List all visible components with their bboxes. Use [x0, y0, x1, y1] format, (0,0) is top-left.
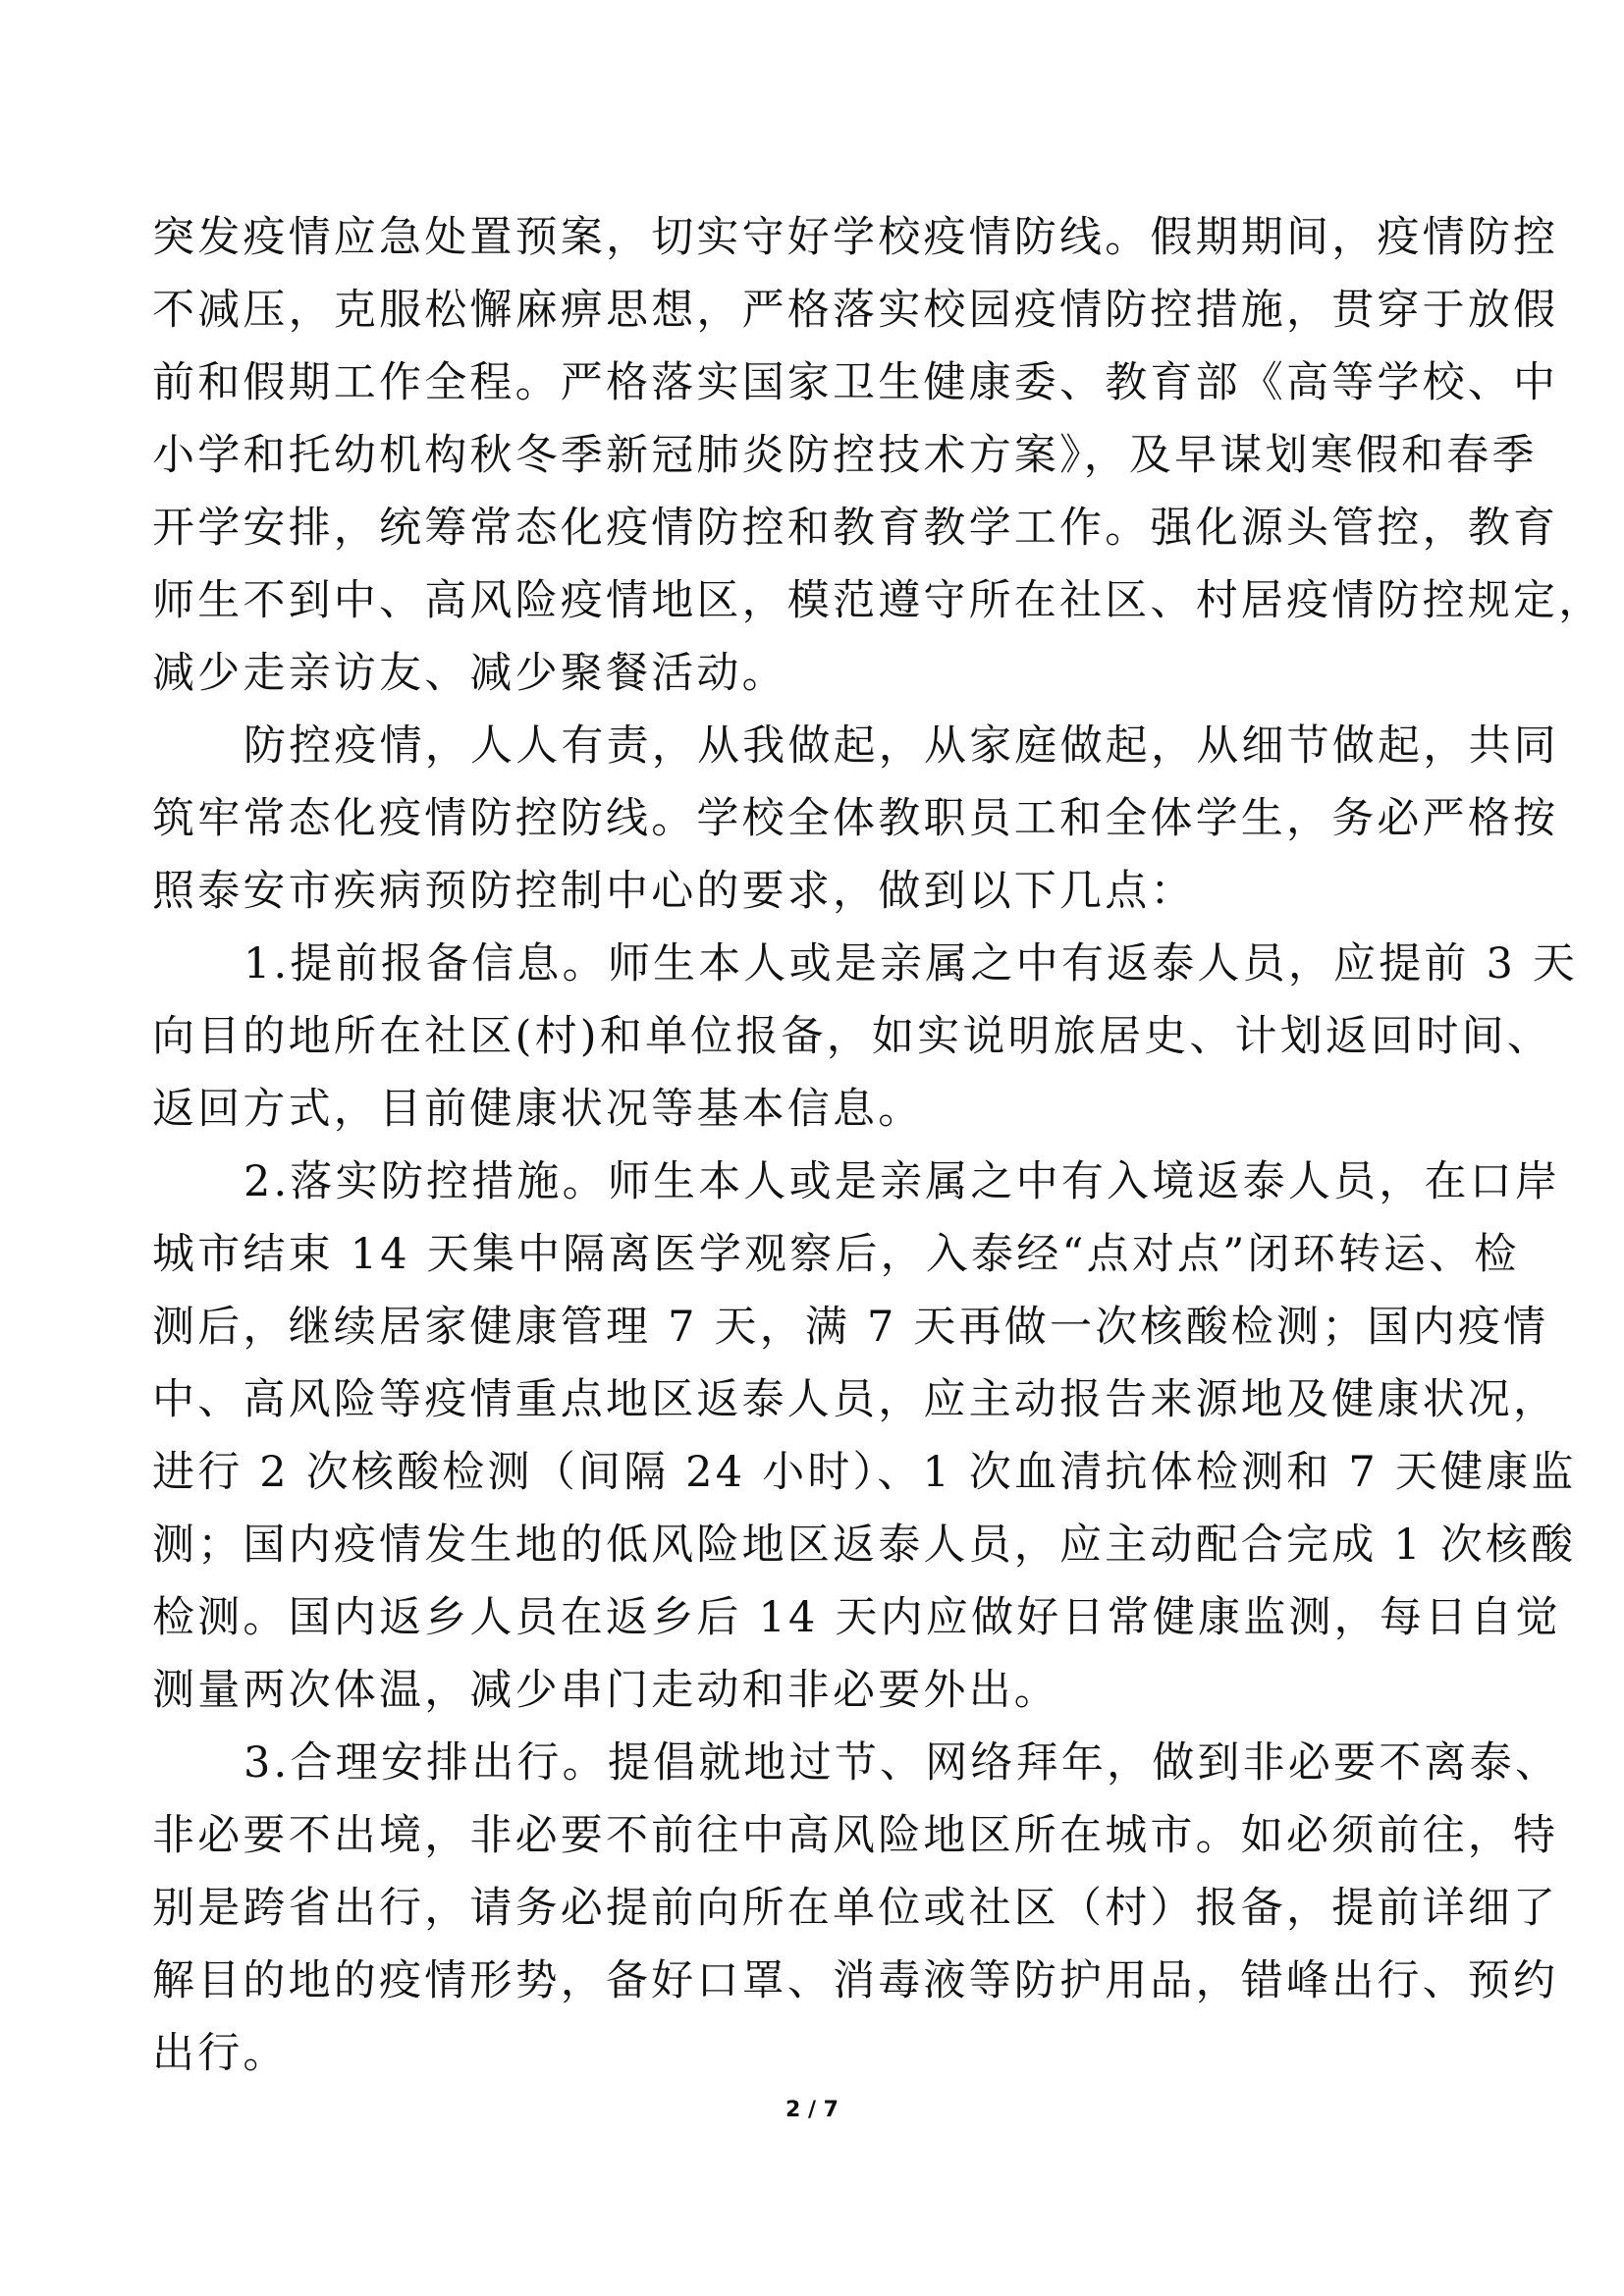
text-line: 解目的地的疫情形势，备好口罩、消毒液等防护用品，错峰出行、预约	[152, 1953, 1476, 2026]
text-line: 师生不到中、高风险疫情地区，模范遵守所在社区、村居疫情防控规定，	[152, 573, 1476, 646]
text-line: 3.合理安排出行。提倡就地过节、网络拜年，做到非必要不离泰、	[152, 1735, 1476, 1808]
text-line: 1.提前报备信息。师生本人或是亲属之中有返泰人员，应提前 3 天	[152, 936, 1476, 1009]
text-line: 检测。国内返乡人员在返乡后 14 天内应做好日常健康监测，每日自觉	[152, 1590, 1476, 1663]
text-line: 小学和托幼机构秋冬季新冠肺炎防控技术方案》，及早谋划寒假和春季	[152, 428, 1476, 501]
paragraph-intro: 防控疫情，人人有责，从我做起，从家庭做起，从细节做起，共同 筑牢常态化疫情防控防…	[152, 719, 1478, 936]
text-line: 2.落实防控措施。师生本人或是亲属之中有入境返泰人员，在口岸	[152, 1154, 1476, 1227]
text-line: 城市结束 14 天集中隔离医学观察后，入泰经“点对点”闭环转运、检	[152, 1227, 1476, 1300]
text-line: 开学安排，统筹常态化疫情防控和教育教学工作。强化源头管控，教育	[152, 501, 1476, 573]
document-page: 突发疫情应急处置预案，切实守好学校疫情防线。假期期间，疫情防控 不减压，克服松懈…	[0, 0, 1624, 2296]
text-line: 前和假期工作全程。严格落实国家卫生健康委、教育部《高等学校、中	[152, 355, 1476, 428]
text-line: 别是跨省出行，请务必提前向所在单位或社区（村）报备，提前详细了	[152, 1881, 1476, 1953]
text-line: 出行。	[152, 2026, 1476, 2099]
text-line: 照泰安市疾病预防控制中心的要求，做到以下几点：	[152, 864, 1476, 936]
text-line: 非必要不出境，非必要不前往中高风险地区所在城市。如必须前往，特	[152, 1808, 1476, 1881]
text-line: 减少走亲访友、减少聚餐活动。	[152, 646, 1476, 719]
text-line: 中、高风险等疫情重点地区返泰人员，应主动报告来源地及健康状况，	[152, 1372, 1476, 1445]
text-line: 突发疫情应急处置预案，切实守好学校疫情防线。假期期间，疫情防控	[152, 210, 1476, 283]
text-line: 向目的地所在社区(村)和单位报备，如实说明旅居史、计划返回时间、	[152, 1009, 1476, 1082]
list-item-1: 1.提前报备信息。师生本人或是亲属之中有返泰人员，应提前 3 天 向目的地所在社…	[152, 936, 1478, 1154]
list-item-3: 3.合理安排出行。提倡就地过节、网络拜年，做到非必要不离泰、 非必要不出境，非必…	[152, 1735, 1478, 2099]
page-number: 2 / 7	[0, 2098, 1624, 2122]
text-line: 返回方式，目前健康状况等基本信息。	[152, 1082, 1476, 1154]
text-line: 测后，继续居家健康管理 7 天，满 7 天再做一次核酸检测；国内疫情	[152, 1300, 1476, 1372]
list-item-2: 2.落实防控措施。师生本人或是亲属之中有入境返泰人员，在口岸 城市结束 14 天…	[152, 1154, 1478, 1735]
text-line: 测量两次体温，减少串门走动和非必要外出。	[152, 1663, 1476, 1735]
text-line: 筑牢常态化疫情防控防线。学校全体教职员工和全体学生，务必严格按	[152, 791, 1476, 864]
text-line: 不减压，克服松懈麻痹思想，严格落实校园疫情防控措施，贯穿于放假	[152, 283, 1476, 355]
text-line: 防控疫情，人人有责，从我做起，从家庭做起，从细节做起，共同	[152, 719, 1476, 791]
document-body: 突发疫情应急处置预案，切实守好学校疫情防线。假期期间，疫情防控 不减压，克服松懈…	[152, 210, 1478, 2099]
text-line: 进行 2 次核酸检测（间隔 24 小时）、1 次血清抗体检测和 7 天健康监	[152, 1445, 1476, 1518]
paragraph-continuation: 突发疫情应急处置预案，切实守好学校疫情防线。假期期间，疫情防控 不减压，克服松懈…	[152, 210, 1478, 719]
text-line: 测；国内疫情发生地的低风险地区返泰人员，应主动配合完成 1 次核酸	[152, 1518, 1476, 1590]
